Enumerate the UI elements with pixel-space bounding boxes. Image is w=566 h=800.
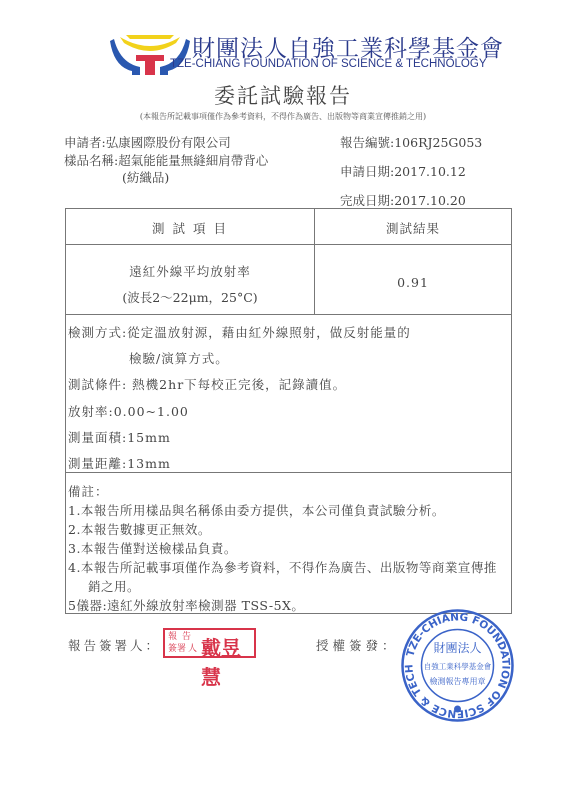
- apply-date-label: 申請日期:: [340, 164, 394, 179]
- applicant-value: 弘康國際股份有限公司: [106, 135, 231, 150]
- header-test-result: 測試結果: [314, 219, 512, 237]
- header-test-item: 測 試 項 目: [66, 219, 314, 237]
- test-item-name: 遠紅外線平均放射率: [66, 262, 314, 280]
- divider: [66, 314, 511, 315]
- test-item-condition: (波長2～22μm，25°C): [66, 288, 314, 306]
- seal-line: 自強工業科學基金會: [424, 661, 492, 671]
- divider: [66, 472, 511, 473]
- measurement-area: 測量面積:15mm: [68, 428, 171, 446]
- signer-label: 報告簽署人：: [68, 636, 161, 654]
- sample-label: 樣品名稱:: [64, 153, 118, 168]
- report-no-label: 報告編號:: [340, 135, 394, 150]
- remarks-label: 備註：: [68, 482, 109, 500]
- remark-item: 3.本報告僅對送檢樣品負責。: [68, 539, 237, 557]
- measurement-distance: 測量距離:13mm: [68, 454, 171, 472]
- stamp-char: 人: [188, 644, 197, 654]
- remark-item: 1.本報告所用樣品與名稱係由委方提供，本公司僅負責試驗分析。: [68, 501, 445, 519]
- complete-date-value: 2017.10.20: [394, 193, 466, 208]
- divider: [66, 244, 511, 245]
- stamp-char: 簽署: [168, 644, 186, 654]
- signer-stamp: 報 告 簽署 人 戴昱慧: [163, 628, 256, 658]
- apply-date-row: 申請日期:2017.10.12: [340, 162, 466, 180]
- stamp-char: 報: [168, 632, 177, 642]
- results-table: 測 試 項 目 測試結果 遠紅外線平均放射率 (波長2～22μm，25°C) 0…: [65, 208, 512, 614]
- applicant-row: 申請者:弘康國際股份有限公司: [64, 133, 231, 151]
- stamp-char: 告: [182, 632, 191, 642]
- report-no-value: 106RJ25G053: [394, 135, 482, 150]
- report-no-row: 報告編號:106RJ25G053: [340, 133, 482, 151]
- method-line1: 檢測方式:從定溫放射源，藉由紅外線照射，做反射能量的: [68, 323, 411, 341]
- org-name-en: TZE-CHIANG FOUNDATION OF SCIENCE & TECHN…: [170, 58, 487, 70]
- foundation-seal-icon: TZE-CHIANG FOUNDATION OF SCIENCE & TECHN…: [400, 608, 515, 723]
- sample-note: (紡織品): [122, 168, 169, 186]
- disclaimer: (本報告所記載事項僅作為參考資料，不得作為廣告、出版物等商業宣傳推銷之用): [0, 111, 566, 122]
- applicant-label: 申請者:: [64, 135, 106, 150]
- complete-date-row: 完成日期:2017.10.20: [340, 191, 466, 209]
- document-title: 委託試驗報告: [0, 80, 566, 110]
- remark-item: 4.本報告所記載事項僅作為參考資料，不得作為廣告、出版物等商業宣傳推: [68, 558, 497, 576]
- sample-value: 超氣能能量無縫細肩帶背心: [118, 153, 268, 168]
- emissivity-range: 放射率:0.00~1.00: [68, 402, 189, 420]
- remark-item: 2.本報告數據更正無效。: [68, 520, 211, 538]
- remark-item-continued: 銷之用。: [88, 577, 140, 595]
- seal-line: 檢測報告專用章: [430, 676, 486, 686]
- complete-date-label: 完成日期:: [340, 193, 394, 208]
- method-line2: 檢驗/演算方式。: [129, 349, 229, 367]
- apply-date-value: 2017.10.12: [394, 164, 466, 179]
- signer-name: 戴昱慧: [201, 632, 254, 690]
- test-conditions: 測試條件: 熱機2hr下每校正完後，記錄讀值。: [68, 375, 346, 393]
- sample-row: 樣品名稱:超氣能能量無縫細肩帶背心: [64, 151, 268, 169]
- test-result-value: 0.91: [314, 275, 512, 290]
- remark-item: 5儀器:遠紅外線放射率檢測器 TSS-5X。: [68, 596, 304, 614]
- seal-line: 財團法人: [433, 640, 481, 655]
- authorizer-label: 授權簽發：: [316, 636, 399, 654]
